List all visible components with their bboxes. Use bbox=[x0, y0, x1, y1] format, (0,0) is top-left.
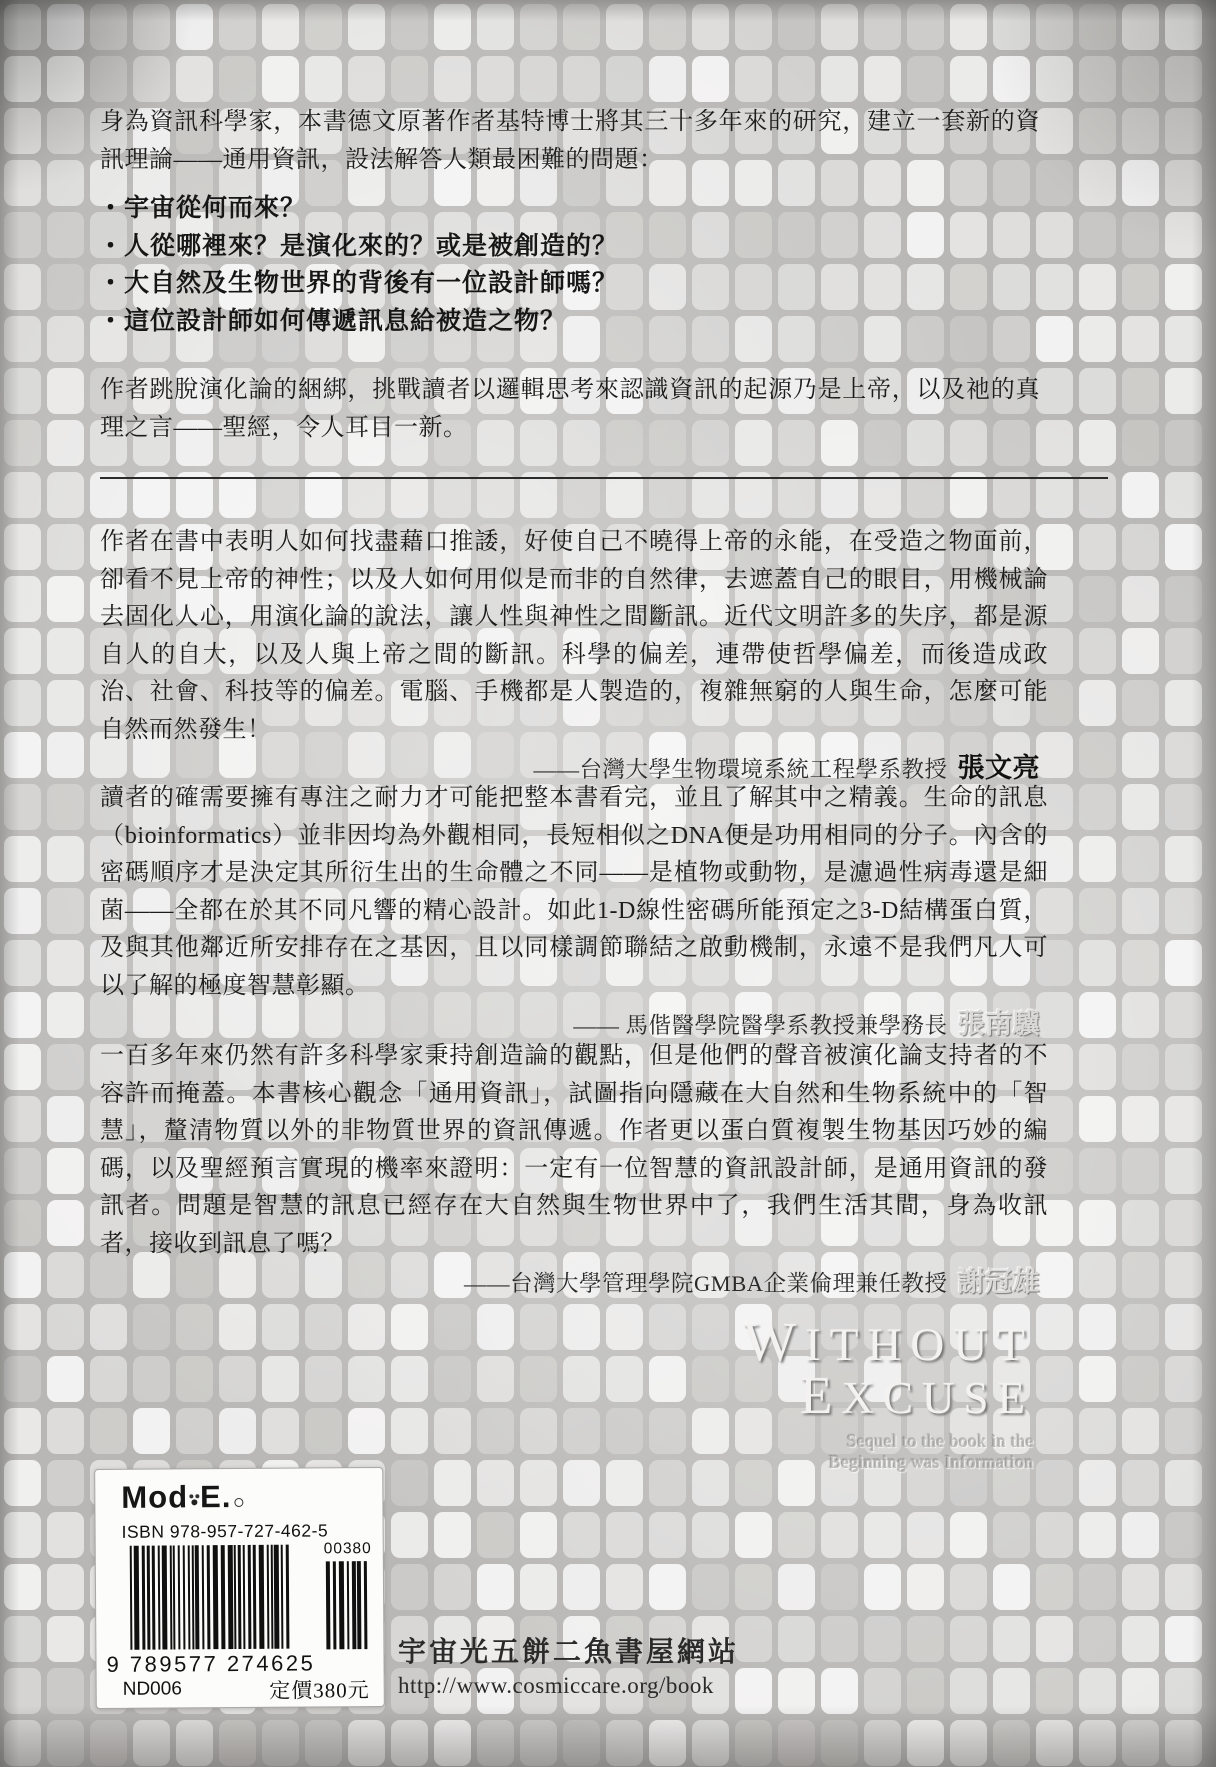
attribution-title: ——台灣大學管理學院GMBA企業倫理兼任教授 bbox=[464, 1271, 948, 1296]
series-title: WITHOUT EXCUSE Sequel to the book in the… bbox=[474, 1316, 1034, 1473]
barcode-bar bbox=[247, 1545, 251, 1649]
barcode-bar bbox=[227, 1545, 233, 1649]
barcode-bar bbox=[259, 1545, 265, 1649]
product-code: ND006 bbox=[123, 1678, 182, 1700]
barcode-bar bbox=[141, 1546, 145, 1650]
barcode-bar bbox=[130, 1546, 133, 1650]
barcode-bar bbox=[178, 1545, 181, 1649]
barcode-bar bbox=[161, 1546, 167, 1650]
barcode-bar bbox=[237, 1545, 241, 1649]
barcode-bar bbox=[267, 1545, 270, 1649]
barcode-bar bbox=[158, 1546, 161, 1650]
series-subtitle: Sequel to the book in the Beginning was … bbox=[474, 1431, 1034, 1473]
endorser-name: 張南驥 bbox=[958, 1009, 1041, 1039]
barcode-bar bbox=[332, 1561, 336, 1649]
barcode-bar bbox=[270, 1545, 273, 1649]
endorser-name: 謝冠雄 bbox=[958, 1267, 1041, 1297]
barcode-bar bbox=[274, 1545, 280, 1649]
question-list: ・宇宙從何而來？ ・人從哪裡來？是演化來的？或是被創造的？ ・大自然及生物世界的… bbox=[98, 190, 1038, 340]
publisher-logo-text: Mod bbox=[121, 1479, 188, 1514]
barcode-bar bbox=[133, 1546, 139, 1650]
publisher-logo-suffix: E. bbox=[200, 1479, 232, 1514]
barcode-bar bbox=[252, 1545, 256, 1649]
question-item: ・宇宙從何而來？ bbox=[98, 190, 1038, 228]
barcode-bar bbox=[242, 1545, 245, 1649]
barcode-bar bbox=[234, 1545, 237, 1649]
barcode-bar bbox=[213, 1545, 219, 1649]
series-subtitle-line1: Sequel to the book in the bbox=[847, 1431, 1034, 1451]
attribution-title: ——台灣大學生物環境系統工程學系教授 bbox=[533, 757, 947, 782]
barcode-bar bbox=[146, 1546, 150, 1650]
addon-barcode bbox=[320, 1561, 377, 1649]
barcode-bar bbox=[339, 1561, 345, 1649]
barcode-addon: 00380 bbox=[320, 1540, 377, 1649]
logo-ornament-icon bbox=[191, 1499, 197, 1505]
endorsement-block: 作者在書中表明人如何找盡藉口推諉，好使自己不曉得上帝的永能，在受造之物面前，卻看… bbox=[100, 524, 1048, 788]
barcode-bar bbox=[195, 1545, 199, 1649]
question-item: ・人從哪裡來？是演化來的？或是被創造的？ bbox=[98, 228, 1038, 266]
cover-content: 身為資訊科學家，本書德文原著作者基特博士將其三十多年來的研究，建立一套新的資訊理… bbox=[0, 0, 1216, 1767]
barcode-bar bbox=[326, 1561, 330, 1649]
endorsement-block: 一百多年來仍然有許多科學家秉持創造論的觀點，但是他們的聲音被演化論支持者的不容許… bbox=[100, 1038, 1048, 1302]
book-back-cover: 身為資訊科學家，本書德文原著作者基特博士將其三十多年來的研究，建立一套新的資訊理… bbox=[0, 0, 1216, 1767]
endorsement-text: 一百多年來仍然有許多科學家秉持創造論的觀點，但是他們的聲音被演化論支持者的不容許… bbox=[100, 1038, 1048, 1263]
barcode-bar bbox=[191, 1545, 194, 1649]
intro-paragraph: 身為資訊科學家，本書德文原著作者基特博士將其三十多年來的研究，建立一套新的資訊理… bbox=[100, 104, 1040, 179]
registered-mark-icon bbox=[234, 1498, 243, 1507]
barcode-bar bbox=[221, 1545, 225, 1649]
series-title-line1: WITHOUT bbox=[474, 1316, 1034, 1371]
endorser-name: 張文亮 bbox=[958, 753, 1041, 783]
barcode-bar bbox=[201, 1545, 204, 1649]
attribution-title: —— 馬偕醫學院醫學系教授兼學務長 bbox=[573, 1013, 947, 1038]
series-title-line2: EXCUSE bbox=[474, 1371, 1034, 1423]
endorsement-text: 讀者的確需要擁有專注之耐力才可能把整本書看完，並且了解其中之精義。生命的訊息（b… bbox=[100, 780, 1048, 1005]
divider-line bbox=[100, 477, 1108, 479]
barcode-bar bbox=[357, 1561, 361, 1649]
publisher-site-block: 宇宙光五餅二魚書屋網站 http://www.cosmiccare.org/bo… bbox=[398, 1630, 739, 1699]
price-label: 定價380元 bbox=[269, 1674, 370, 1705]
publisher-logo: ModE. bbox=[121, 1479, 243, 1516]
barcode-bar bbox=[173, 1545, 176, 1649]
summary-paragraph: 作者跳脫演化論的綑綁，挑戰讀者以邏輯思考來認識資訊的起源乃是上帝，以及祂的真理之… bbox=[100, 372, 1040, 447]
barcode-bar bbox=[280, 1545, 283, 1649]
endorsement-block: 讀者的確需要擁有專注之耐力才可能把整本書看完，並且了解其中之精義。生命的訊息（b… bbox=[100, 780, 1048, 1044]
barcode-bar bbox=[285, 1545, 289, 1649]
barcode-bar bbox=[183, 1545, 186, 1649]
question-item: ・這位設計師如何傳遞訊息給被造之物？ bbox=[98, 303, 1038, 341]
site-name: 宇宙光五餅二魚書屋網站 bbox=[398, 1630, 739, 1670]
endorsement-text: 作者在書中表明人如何找盡藉口推諉，好使自己不曉得上帝的永能，在受造之物面前，卻看… bbox=[100, 524, 1048, 749]
barcode-bar bbox=[188, 1545, 191, 1649]
barcode-bar bbox=[151, 1546, 155, 1650]
isbn-text: ISBN 978-957-727-462-5 bbox=[122, 1520, 329, 1542]
series-subtitle-line2: Beginning was Information bbox=[829, 1452, 1034, 1472]
question-item: ・大自然及生物世界的背後有一位設計師嗎？ bbox=[98, 265, 1038, 303]
barcode-bar bbox=[352, 1561, 356, 1649]
site-url: http://www.cosmiccare.org/book bbox=[398, 1673, 739, 1699]
endorsement-attribution: ——台灣大學管理學院GMBA企業倫理兼任教授謝冠雄 bbox=[100, 1264, 1040, 1302]
barcode-panel: ModE. ISBN 978-957-727-462-5 00380 9 789… bbox=[94, 1467, 385, 1709]
ean-barcode bbox=[130, 1544, 315, 1649]
barcode-bar bbox=[206, 1545, 210, 1649]
barcode-bar bbox=[363, 1561, 367, 1649]
barcode-bar bbox=[169, 1545, 172, 1649]
addon-digits: 00380 bbox=[320, 1540, 376, 1558]
barcode-bar bbox=[347, 1561, 350, 1649]
